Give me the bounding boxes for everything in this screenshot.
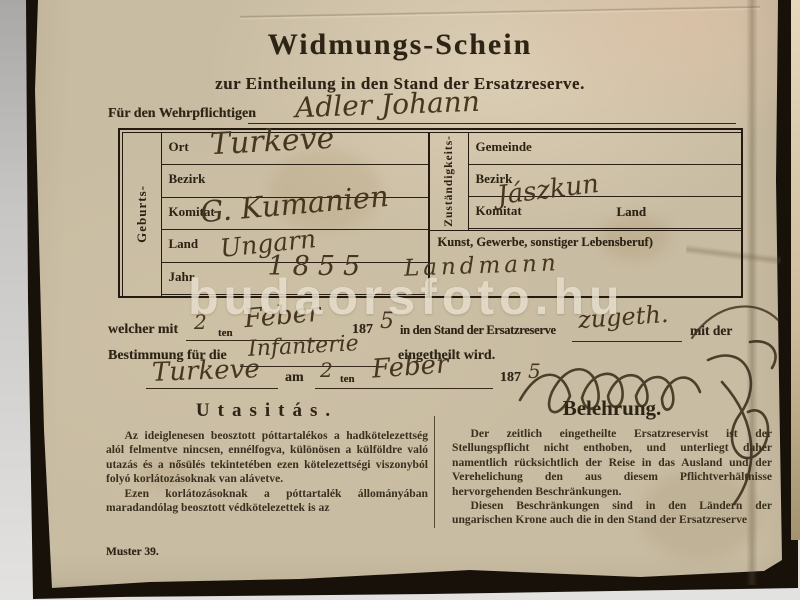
birth-and-jurisdiction-table: Geburts- Ort Bezirk Komitat Land [118, 128, 743, 298]
birth-section: Geburts- Ort Bezirk Komitat Land [123, 133, 430, 296]
form-number: Muster 39. [106, 546, 159, 558]
birth-ort-handwriting: Turkeve [209, 120, 335, 161]
assignment-branch-underline [240, 366, 385, 367]
recipient-label: Für den Wehrpflichtigen [108, 106, 256, 122]
assignment-line1-pre: welcher mit [108, 322, 178, 338]
occupation-handwriting: Landmann [403, 250, 559, 281]
birth-group-cell: Geburts- [123, 133, 162, 296]
assignment-ten-suffix: ten [218, 327, 233, 339]
jurisdiction-gemeinde-label: Gemeinde [476, 139, 532, 155]
dateline-am: am [285, 370, 304, 386]
assignment-line1-mid: in den Stand der Ersatzreserve [400, 323, 556, 338]
birth-jahr-label: Jahr [169, 269, 195, 285]
signature-upper-stroke [686, 292, 786, 352]
instructions-hu-paragraph-1: Az ideiglenesen beosztott póttartalékos … [106, 429, 428, 487]
dateline-underline [315, 388, 493, 389]
dateline-place-underline [146, 388, 278, 389]
table-inner-border: Geburts- Ort Bezirk Komitat Land [122, 132, 742, 297]
table-row: Gemeinde [469, 133, 741, 165]
jurisdiction-group-cell: Zuständigkeits- [430, 133, 469, 230]
jurisdiction-land-inline-label: Land [617, 204, 647, 220]
birth-group-label: Geburts- [134, 185, 150, 243]
instructions-hu-paragraph-2: Ezen korlátozásoknak a póttartalék állom… [106, 487, 428, 516]
birth-ort-label: Ort [169, 139, 189, 155]
instructions-hungarian-column: Utasitás. Az ideiglenesen beosztott pótt… [106, 400, 428, 515]
dateline-day-handwriting: 2 [320, 358, 333, 382]
document-title: Widmungs-Schein [140, 28, 660, 62]
occupation-block: Kunst, Gewerbe, sonstiger Lebensberuf) L… [430, 231, 741, 296]
jurisdiction-rows-block: Zuständigkeits- Gemeinde Bezirk Komitat … [430, 133, 741, 231]
recipient-name-handwriting: Adler Johann [294, 85, 480, 124]
jurisdiction-group-label: Zuständigkeits- [443, 135, 455, 227]
occupation-label: Kunst, Gewerbe, sonstiger Lebensberuf) [438, 235, 653, 250]
signature-flourish [512, 338, 792, 513]
assignment-year-handwriting: 5 [380, 309, 394, 334]
dateline-ten-suffix: ten [340, 373, 355, 385]
birth-rows: Ort Bezirk Komitat Land Jahr Turkeve [162, 133, 428, 296]
dateline-month-handwriting: Feber [371, 349, 449, 384]
assignment-day-handwriting: 2 [194, 310, 207, 334]
paper-edge-sliver [791, 0, 800, 540]
instructions-hu-heading: Utasitás. [106, 400, 428, 422]
jurisdiction-section: Zuständigkeits- Gemeinde Bezirk Komitat … [430, 133, 741, 296]
photo-of-document: Widmungs-Schein zur Eintheilung in den S… [0, 0, 800, 600]
birth-jahr-handwriting: 1855 [268, 251, 369, 282]
jurisdiction-rows: Gemeinde Bezirk Komitat Land Jászkun [469, 133, 741, 230]
dateline-place-handwriting: Turkeve [152, 354, 261, 388]
birth-bezirk-label: Bezirk [169, 171, 206, 187]
birth-land-label: Land [169, 236, 199, 252]
